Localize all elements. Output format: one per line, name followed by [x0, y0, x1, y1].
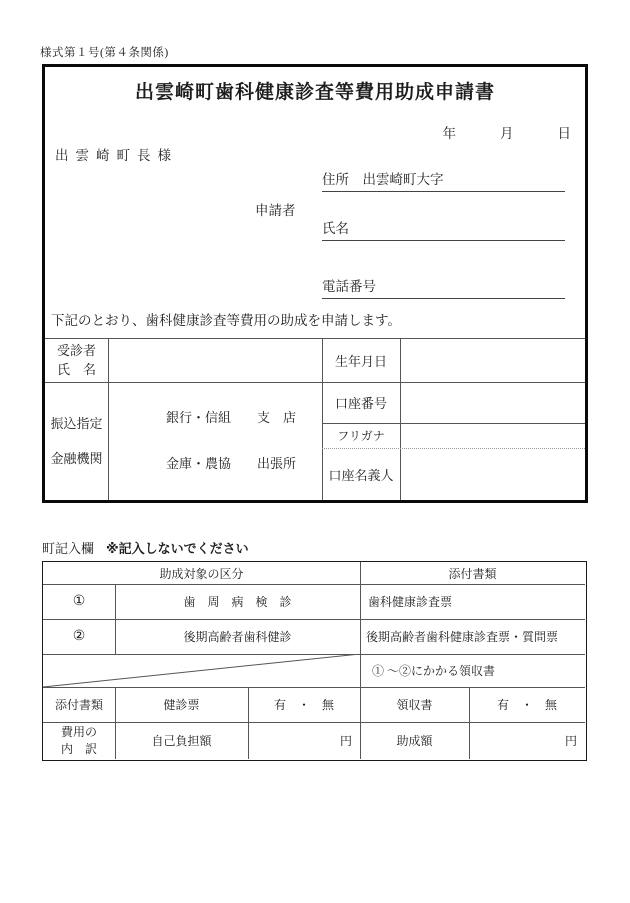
addressee-mayor: 出雲崎町長様	[55, 144, 178, 164]
bank-row-2: 金庫・農協 出張所	[108, 454, 322, 474]
applicant-label: 申請者	[255, 199, 296, 219]
address-field[interactable]: 住所 出雲崎町大字	[322, 168, 565, 192]
form-style-note: 様式第１号(第４条関係)	[40, 44, 169, 60]
examinee-name-label-line1: 受診者	[57, 341, 96, 361]
diagonal-line	[43, 654, 360, 687]
subsidy-amount-label: 助成額	[360, 722, 469, 759]
self-pay-label: 自己負担額	[115, 722, 248, 759]
account-holder-input-cell[interactable]	[400, 448, 585, 500]
examinee-name-input-cell[interactable]	[108, 338, 322, 382]
office-use-label: 町記入欄	[42, 538, 94, 557]
subsidy-amount-cell[interactable]: 円	[469, 722, 585, 759]
birthdate-label: 生年月日	[322, 338, 400, 382]
row2-number: ②	[43, 619, 115, 654]
bank-branch-cell[interactable]: 銀行・信組 支 店 金庫・農協 出張所	[108, 382, 322, 500]
diagonal-blank-cell	[43, 654, 360, 687]
declaration-text: 下記のとおり、歯科健康診査等費用の助成を申請します。	[51, 309, 401, 329]
cost-label-line2: 内 訳	[61, 741, 97, 758]
form-title: 出雲崎町歯科健康診査等費用助成申請書	[45, 77, 585, 104]
phone-field[interactable]: 電話番号	[322, 275, 565, 299]
application-form-box: 出雲崎町歯科健康診査等費用助成申請書 年 月 日 出雲崎町長様 住所 出雲崎町大…	[42, 64, 588, 503]
bank-type-label: 銀行・信組	[166, 408, 231, 428]
furigana-input-cell[interactable]	[400, 423, 585, 448]
transfer-label-line1: 振込指定	[50, 414, 102, 434]
header-subsidy-category: 助成対象の区分	[43, 562, 360, 584]
date-year-label: 年	[443, 122, 457, 142]
header-attached-documents: 添付書類	[360, 562, 585, 584]
bank-row-1: 銀行・信組 支 店	[108, 408, 322, 428]
attach-checkup-yes-no[interactable]: 有 ・ 無	[248, 687, 360, 722]
row1-documents: 歯科健康診査票	[360, 584, 585, 619]
transfer-label-line2: 金融機関	[50, 449, 102, 469]
branch-office-label: 出張所	[257, 454, 296, 474]
attach-receipt-label: 領収書	[360, 687, 469, 722]
row2-documents: 後期高齢者歯科健康診査票・質問票	[360, 619, 585, 654]
account-holder-label: 口座名義人	[322, 448, 400, 500]
furigana-label: フリガナ	[322, 423, 400, 448]
cost-label-line1: 費用の	[61, 724, 97, 741]
transfer-institution-label: 振込指定 金融機関	[45, 382, 108, 500]
self-pay-amount-cell[interactable]: 円	[248, 722, 360, 759]
applicant-details-table: 受診者 氏 名 生年月日 振込指定 金融機関 銀行・信組 支 店 金庫・農協 出…	[45, 338, 585, 500]
examinee-name-label: 受診者 氏 名	[45, 338, 108, 382]
date-day-label: 日	[558, 122, 572, 142]
birthdate-input-cell[interactable]	[400, 338, 585, 382]
row1-category: 歯 周 病 検 診	[115, 584, 360, 619]
examinee-name-label-line2: 氏 名	[57, 360, 96, 380]
attach-row-label: 添付書類	[43, 687, 115, 722]
row2-category: 後期高齢者歯科健診	[115, 619, 360, 654]
date-line: 年 月 日	[45, 122, 585, 142]
attach-receipt-yes-no[interactable]: 有 ・ 無	[469, 687, 585, 722]
date-month-label: 月	[500, 122, 514, 142]
account-number-label: 口座番号	[322, 382, 400, 423]
branch-label: 支 店	[257, 408, 296, 428]
do-not-fill-warning: ※記入しないでください	[106, 538, 249, 557]
row1-number: ①	[43, 584, 115, 619]
attach-checkup-sheet-label: 健診票	[115, 687, 248, 722]
cost-breakdown-label: 費用の 内 訳	[43, 722, 115, 759]
account-number-input-cell[interactable]	[400, 382, 585, 423]
receipt-note-cell: ① ～②にかかる領収書	[360, 654, 585, 687]
office-use-table: 助成対象の区分 添付書類 ① 歯 周 病 検 診 歯科健康診査票 ② 後期高齢者…	[42, 561, 587, 761]
name-field[interactable]: 氏名	[322, 217, 565, 241]
office-use-header: 町記入欄 ※記入しないでください	[42, 538, 249, 557]
bank-type-label-2: 金庫・農協	[166, 454, 231, 474]
